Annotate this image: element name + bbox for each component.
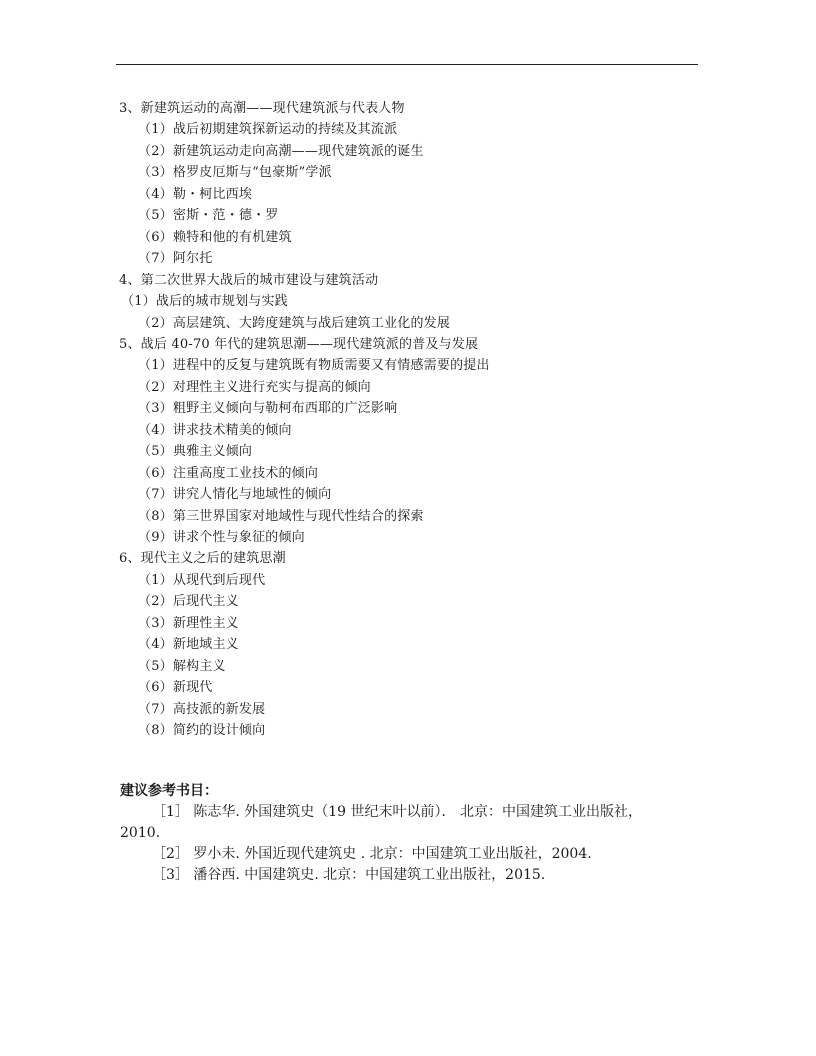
- outline-number: （1）: [138, 573, 173, 588]
- outline-number: （7）: [138, 251, 173, 266]
- outline-text: 后现代主义: [173, 594, 239, 609]
- outline-item: （4）勒・柯比西埃: [138, 187, 252, 203]
- outline-text: 新建筑运动走向高潮——现代建筑派的诞生: [173, 144, 424, 159]
- outline-number: （3）: [138, 401, 173, 416]
- outline-number: （5）: [138, 659, 173, 674]
- outline-text: 注重高度工业技术的倾向: [173, 466, 318, 481]
- outline-item: （6）赖特和他的有机建筑: [138, 230, 292, 246]
- outline-item: （1）战后的城市规划与实践: [121, 294, 288, 310]
- outline-text: 第二次世界大战后的城市建设与建筑活动: [141, 273, 379, 288]
- outline-text: 新现代: [173, 680, 213, 695]
- outline-item: （5）解构主义: [138, 659, 226, 675]
- outline-number: （9）: [138, 530, 173, 545]
- outline-text: 第三世界国家对地域性与现代性结合的探索: [173, 509, 424, 524]
- outline-number: （2）: [138, 380, 173, 395]
- outline-item: （3）新理性主义: [138, 616, 239, 632]
- outline-number: （2）: [138, 316, 173, 331]
- outline-text: 赖特和他的有机建筑: [173, 230, 292, 245]
- outline-section: 3、新建筑运动的高潮——现代建筑派与代表人物: [119, 101, 405, 117]
- outline-item: （8）简约的设计倾向: [138, 723, 265, 739]
- outline-number: （4）: [138, 637, 173, 652]
- reference-2: ［2］ 罗小未. 外国近现代建筑史 . 北京：中国建筑工业出版社，2004.: [152, 845, 592, 863]
- outline-item: （1）从现代到后现代: [138, 573, 265, 589]
- outline-item: （3）粗野主义倾向与勒柯布西耶的广泛影响: [138, 401, 397, 417]
- outline-item: （3）格罗皮厄斯与“包豪斯”学派: [138, 165, 332, 181]
- outline-text: 对理性主义进行充实与提高的倾向: [173, 380, 371, 395]
- outline-number: （2）: [138, 594, 173, 609]
- outline-item: （6）新现代: [138, 680, 212, 696]
- outline-text: 新地域主义: [173, 637, 239, 652]
- outline-item: （7）阿尔托: [138, 251, 212, 267]
- outline-number: 6、: [119, 551, 141, 566]
- outline-item: （1）战后初期建筑探新运动的持续及其流派: [138, 122, 397, 138]
- outline-item: （2）高层建筑、大跨度建筑与战后建筑工业化的发展: [138, 316, 450, 332]
- outline-item: （7）讲究人情化与地域性的倾向: [138, 487, 331, 503]
- outline-text: 密斯・范・德・罗: [173, 208, 279, 223]
- outline-text: 格罗皮厄斯与“包豪斯”学派: [173, 165, 332, 180]
- outline-number: （5）: [138, 444, 173, 459]
- outline-text: 讲求个性与象征的倾向: [173, 530, 305, 545]
- reference-1: ［1］ 陈志华. 外国建筑史（19 世纪末叶以前）． 北京：中国建筑工业出版社，: [152, 803, 642, 821]
- outline-number: （6）: [138, 466, 173, 481]
- outline-item: （2）新建筑运动走向高潮——现代建筑派的诞生: [138, 144, 424, 160]
- outline-text: 战后 40-70 年代的建筑思潮——现代建筑派的普及与发展: [141, 337, 479, 352]
- outline-number: （1）: [121, 294, 156, 309]
- references-title: 建议参考书目：: [120, 780, 218, 800]
- outline-number: （3）: [138, 616, 173, 631]
- outline-number: （1）: [138, 122, 173, 137]
- outline-text: 粗野主义倾向与勒柯布西耶的广泛影响: [173, 401, 397, 416]
- outline-text: 从现代到后现代: [173, 573, 265, 588]
- outline-item: （4）讲求技术精美的倾向: [138, 423, 292, 439]
- outline-section: 5、战后 40-70 年代的建筑思潮——现代建筑派的普及与发展: [119, 337, 478, 353]
- outline-item: （6）注重高度工业技术的倾向: [138, 466, 318, 482]
- outline-number: （4）: [138, 423, 173, 438]
- outline-item: （2）对理性主义进行充实与提高的倾向: [138, 380, 371, 396]
- outline-text: 现代主义之后的建筑思潮: [141, 551, 286, 566]
- outline-text: 新理性主义: [173, 616, 239, 631]
- outline-number: （4）: [138, 187, 173, 202]
- reference-1-cont: 2010.: [120, 824, 160, 842]
- outline-text: 简约的设计倾向: [173, 723, 265, 738]
- outline-number: 5、: [119, 337, 141, 352]
- outline-number: （7）: [138, 487, 173, 502]
- outline-section: 4、第二次世界大战后的城市建设与建筑活动: [119, 273, 378, 289]
- outline-number: （8）: [138, 723, 173, 738]
- outline-item: （5）密斯・范・德・罗: [138, 208, 278, 224]
- reference-3: ［3］ 潘谷西. 中国建筑史. 北京：中国建筑工业出版社，2015.: [152, 866, 545, 884]
- outline-item: （4）新地域主义: [138, 637, 239, 653]
- outline-item: （7）高技派的新发展: [138, 702, 265, 718]
- outline-text: 阿尔托: [173, 251, 213, 266]
- outline-number: 4、: [119, 273, 141, 288]
- outline-number: （2）: [138, 144, 173, 159]
- outline-text: 解构主义: [173, 659, 226, 674]
- outline-number: （1）: [138, 358, 173, 373]
- outline-text: 高技派的新发展: [173, 702, 265, 717]
- header-rule: [116, 64, 698, 65]
- outline-item: （5）典雅主义倾向: [138, 444, 252, 460]
- outline-item: （1）进程中的反复与建筑既有物质需要又有情感需要的提出: [138, 358, 490, 374]
- outline-text: 讲究人情化与地域性的倾向: [173, 487, 331, 502]
- outline-text: 进程中的反复与建筑既有物质需要又有情感需要的提出: [173, 358, 490, 373]
- outline-number: 3、: [119, 101, 141, 116]
- outline-text: 战后的城市规划与实践: [156, 294, 288, 309]
- outline-section: 6、现代主义之后的建筑思潮: [119, 551, 286, 567]
- outline-number: （5）: [138, 208, 173, 223]
- outline-text: 高层建筑、大跨度建筑与战后建筑工业化的发展: [173, 316, 450, 331]
- outline-number: （6）: [138, 680, 173, 695]
- outline-text: 典雅主义倾向: [173, 444, 252, 459]
- outline-text: 讲求技术精美的倾向: [173, 423, 292, 438]
- outline-number: （6）: [138, 230, 173, 245]
- outline-number: （8）: [138, 509, 173, 524]
- outline-number: （7）: [138, 702, 173, 717]
- outline-text: 新建筑运动的高潮——现代建筑派与代表人物: [141, 101, 405, 116]
- outline-item: （8）第三世界国家对地域性与现代性结合的探索: [138, 509, 424, 525]
- outline-text: 战后初期建筑探新运动的持续及其流派: [173, 122, 397, 137]
- outline-item: （9）讲求个性与象征的倾向: [138, 530, 305, 546]
- outline-item: （2）后现代主义: [138, 594, 239, 610]
- outline-number: （3）: [138, 165, 173, 180]
- outline-text: 勒・柯比西埃: [173, 187, 252, 202]
